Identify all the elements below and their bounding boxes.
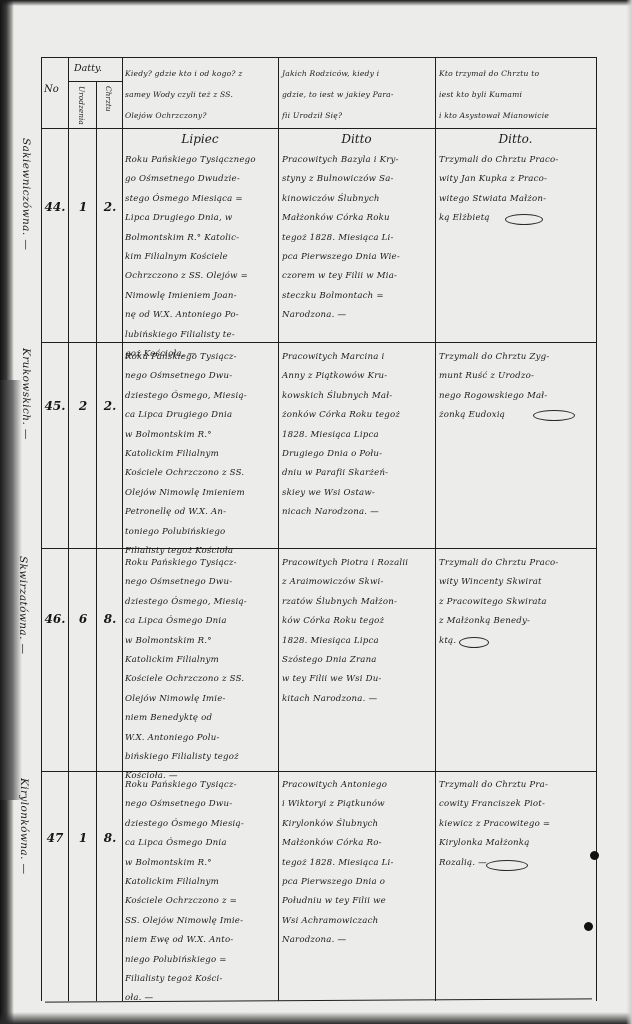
- birth-day: 2: [70, 399, 96, 413]
- parents-record: Pracowitych Bazyla i Kry- styny z Bulnow…: [282, 151, 400, 326]
- page-right-edge: [626, 0, 632, 1024]
- godparents-ditto: Ditto.: [435, 132, 596, 146]
- entry-number: 45.: [42, 399, 68, 413]
- page-top-edge: [0, 0, 632, 6]
- margin-surname: Krukowskich. —: [20, 348, 32, 440]
- header-baptism: Kiedy? gdzie kto i od kogo? z samey Wody…: [125, 63, 243, 126]
- baptism-record: Roku Pańskiego Tysiącz- nego Ośmsetnego …: [125, 348, 247, 561]
- header-date-birth: Urodzenia: [77, 86, 86, 125]
- header-dates-group: Datty.: [74, 63, 102, 74]
- baptism-record: Roku Pańskiego Tysiącznego go Ośmsetnego…: [125, 151, 256, 364]
- baptism-col-rule: [278, 57, 279, 1001]
- parents-col-rule: [435, 57, 436, 1001]
- baptism-day: 2.: [97, 399, 123, 413]
- month-heading: Lipiec: [122, 132, 278, 146]
- signature-flourish: [486, 860, 528, 871]
- birth-day: 6: [70, 612, 96, 626]
- parents-ditto: Ditto: [278, 132, 435, 146]
- baptism-record: Roku Pańskiego Tysiącz- nego Ośmsetnego …: [125, 776, 244, 1009]
- signature-flourish: [533, 410, 575, 421]
- parents-record: Pracowitych Piotra i Rozalii z Araimowic…: [282, 554, 408, 709]
- signature-flourish: [459, 637, 489, 648]
- header-godparents: Kto trzymał do Chrztu to iest kto byli K…: [439, 63, 549, 126]
- binding-hole-mark: [584, 922, 593, 931]
- entry-number: 44.: [42, 200, 68, 214]
- register-page: No Datty. Urodzenia Chrztu Kiedy? gdzie …: [0, 0, 632, 1024]
- table-top-rule: [41, 57, 597, 58]
- margin-surname: Sakiewniczówna. —: [20, 138, 32, 250]
- birth-day-col-rule: [96, 81, 97, 1001]
- margin-surname: Skwirzatówna. —: [17, 556, 29, 654]
- godparents-record: Trzymali do Chrztu Pra- cowity Francisze…: [439, 776, 550, 873]
- margin-surname: Kirylonkówna. —: [18, 778, 30, 874]
- baptism-record: Roku Pańskiego Tysiącz- nego Ośmsetnego …: [125, 554, 247, 787]
- birth-day: 1: [70, 200, 96, 214]
- datty-underline-rule: [68, 81, 122, 82]
- parents-record: Pracowitych Antoniego i Wiktoryi z Piątk…: [282, 776, 394, 951]
- table-left-rule: [41, 57, 42, 1001]
- signature-flourish: [505, 214, 543, 225]
- baptism-day: 8.: [97, 612, 123, 626]
- baptism-day: 2.: [97, 200, 123, 214]
- birth-day: 1: [70, 831, 96, 845]
- godparents-record: Trzymali do Chrztu Praco- wity Wincenty …: [439, 554, 559, 651]
- binding-hole-mark: [590, 851, 599, 860]
- page-bottom-edge: [0, 1012, 632, 1024]
- header-bottom-rule: [41, 128, 597, 129]
- baptism-day-col-rule: [122, 57, 123, 1001]
- parents-record: Pracowitych Marcina i Anny z Piątkowów K…: [282, 348, 400, 523]
- number-col-rule: [68, 57, 69, 1001]
- header-number: No: [44, 84, 59, 95]
- entry-number: 46.: [42, 612, 68, 626]
- baptism-day: 8.: [97, 831, 123, 845]
- header-date-baptism: Chrztu: [104, 86, 113, 112]
- header-parents: Jakich Rodziców, kiedy i gdzie, to iest …: [282, 63, 394, 126]
- entry-number: 47: [42, 831, 68, 845]
